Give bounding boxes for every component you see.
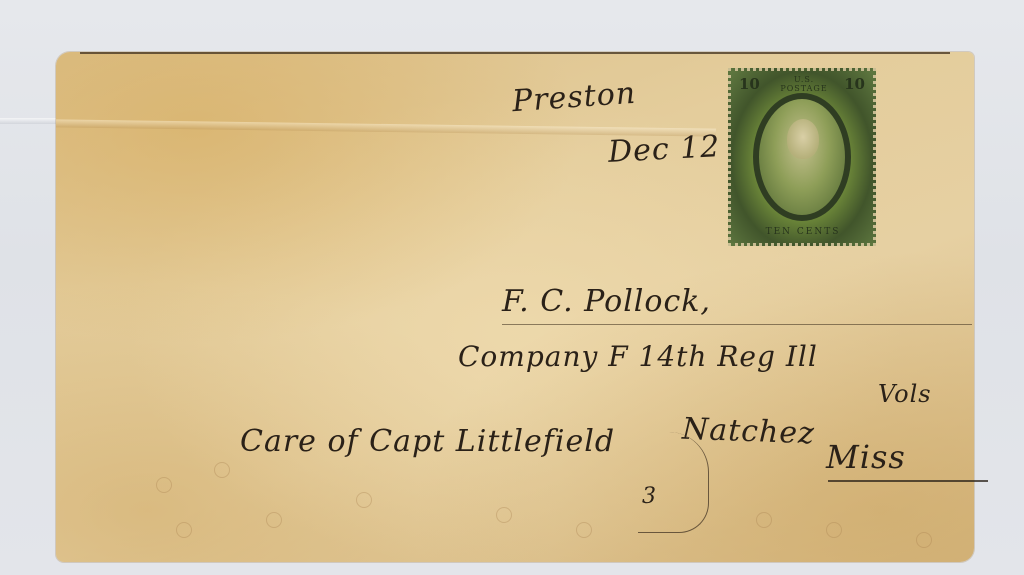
postage-stamp: 10 U.S. POSTAGE 10 TEN CENTS	[728, 68, 876, 246]
addressee-underline	[502, 324, 972, 325]
stamp-bottom-label: TEN CENTS	[751, 227, 855, 237]
rate-marking-value: 3	[642, 484, 657, 509]
portrait-icon	[787, 119, 819, 159]
embossed-dot	[916, 532, 932, 548]
rate-marking-bracket	[638, 432, 709, 533]
embossed-dot	[214, 462, 230, 478]
military-unit: Company F 14th Reg Ill	[458, 340, 818, 373]
addressee-name: F. C. Pollock,	[502, 284, 711, 319]
embossed-dot	[266, 512, 282, 528]
destination-town: Natchez	[681, 412, 815, 452]
envelope: 10 U.S. POSTAGE 10 TEN CENTS Preston Dec…	[56, 52, 974, 562]
envelope-top-edge	[80, 52, 950, 54]
embossed-dot	[356, 492, 372, 508]
destination-state: Miss	[826, 438, 906, 476]
stamp-top-label: U.S. POSTAGE	[769, 75, 839, 93]
embossed-dot	[576, 522, 592, 538]
care-of-line: Care of Capt Littlefield	[240, 424, 615, 459]
postmark-town: Preston	[511, 76, 637, 120]
embossed-dot	[156, 477, 172, 493]
embossed-dot	[826, 522, 842, 538]
stamp-value-left: 10	[739, 75, 760, 93]
unit-vols: Vols	[878, 380, 932, 408]
stamp-value-right: 10	[844, 75, 865, 93]
state-underline	[828, 480, 988, 482]
embossed-dot	[176, 522, 192, 538]
embossed-dot	[496, 507, 512, 523]
postmark-date: Dec 12	[607, 129, 721, 170]
stamp-portrait-oval	[753, 93, 851, 221]
embossed-dot	[756, 512, 772, 528]
